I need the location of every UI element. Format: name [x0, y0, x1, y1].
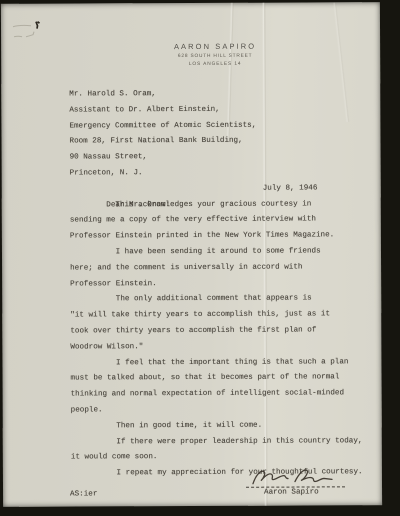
- signature-block: Aaron Sapiro: [232, 457, 357, 504]
- body-line: people.: [70, 402, 400, 419]
- body-line: I have been sending it around to some fr…: [69, 244, 400, 261]
- handwritten-signature-icon: [238, 457, 353, 490]
- recipient-line: Room 28, First National Bank Building,: [69, 133, 400, 150]
- letterhead: AARON SAPIRO 628 SOUTH HILL STREET LOS A…: [151, 42, 279, 67]
- letter-text: Mr. Harold S. Oram,Assistant to Dr. Albe…: [1, 86, 400, 483]
- body-line: I feel that the important thing is that …: [70, 354, 400, 371]
- pencil-marks-icon: [8, 16, 54, 46]
- body-line: must be talked about, so that it becomes…: [70, 370, 400, 387]
- body-line: here; and the comment is universally in …: [70, 260, 400, 277]
- body-line: took over thirty years to accomplish the…: [70, 323, 400, 340]
- letter-paper: AARON SAPIRO 628 SOUTH HILL STREET LOS A…: [0, 2, 381, 507]
- scanned-letter-image: AARON SAPIRO 628 SOUTH HILL STREET LOS A…: [0, 0, 400, 516]
- body-line: This acknowledges your gracious courtesy…: [69, 196, 400, 213]
- letterhead-city: LOS ANGELES 14: [151, 61, 279, 67]
- recipient-block: Mr. Harold S. Oram,Assistant to Dr. Albe…: [69, 86, 400, 182]
- body-line: "it will take thirty years to accomplish…: [70, 307, 400, 324]
- letterhead-address: 628 SOUTH HILL STREET: [151, 54, 279, 60]
- recipient-line: 90 Nassau Street,: [69, 149, 400, 166]
- body-line: If there were proper leadership in this …: [70, 433, 400, 450]
- body-line: sending me a copy of the very effective …: [69, 212, 400, 229]
- signature-typed-name: Aaron Sapiro: [264, 488, 319, 496]
- reference-initials: AS:ier: [70, 490, 97, 498]
- letter-date: July 8, 1946: [262, 181, 317, 197]
- recipient-line: Mr. Harold S. Oram,: [69, 86, 400, 103]
- body-line: Professor Einstein.: [70, 275, 400, 292]
- letterhead-name: AARON SAPIRO: [151, 42, 279, 52]
- salutation-row: Dear Mr. Oram: July 8, 1946: [69, 181, 400, 198]
- body-block: This acknowledges your gracious courtesy…: [69, 196, 400, 482]
- recipient-line: Emergency Committee of Atomic Scientists…: [69, 118, 400, 135]
- body-line: Woodrow Wilson.": [70, 339, 400, 356]
- body-line: Professor Einstein printed in the New Yo…: [69, 228, 400, 245]
- body-line: Then in good time, it will come.: [70, 418, 400, 435]
- body-line: The only additional comment that appears…: [70, 291, 400, 308]
- body-line: thinking and normal expectation of intel…: [70, 386, 400, 403]
- recipient-line: Princeton, N. J.: [69, 165, 400, 182]
- recipient-line: Assistant to Dr. Albert Einstein,: [69, 102, 400, 119]
- ink-tick-icon: [35, 22, 39, 29]
